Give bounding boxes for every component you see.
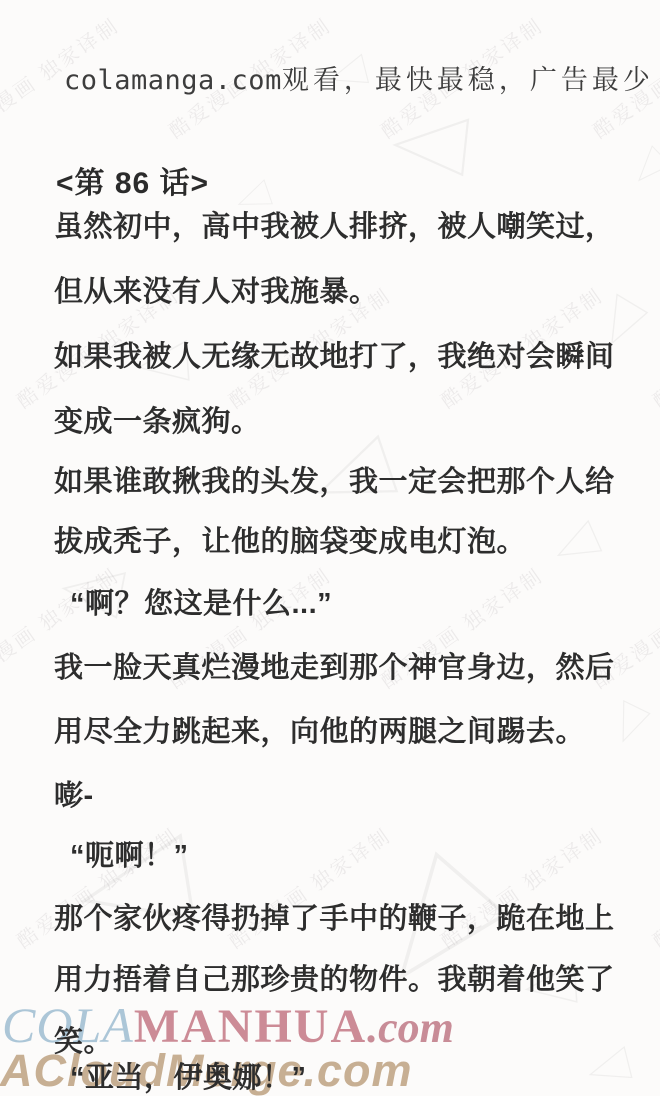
story-line: 拔成秃子，让他的脑袋变成电灯泡。 [54,526,526,559]
story-line: 如果我被人无缘无故地打了，我绝对会瞬间 [54,341,615,374]
promo-site-domain: colamanga.com [64,65,282,96]
story-line: 用力捂着自己那珍贵的物件。我朝着他笑了 [54,964,615,997]
story-line: 嘭- [54,780,94,813]
promo-site-slogan: 观看，最快最稳，广告最少 [282,65,654,95]
story-line: 我一脸天真烂漫地走到那个神官身边，然后 [54,652,615,685]
story-line: 那个家伙疼得扔掉了手中的鞭子，跪在地上 [54,903,615,936]
story-line: “亚当，伊奥娜！” [54,1062,307,1095]
manga-text-page: 酷爱漫画 独家译制酷爱漫画 独家译制酷爱漫画 独家译制酷爱漫画 独家译制酷爱漫画… [0,0,660,1096]
watermark-diagonal-text: 酷爱漫画 独家译制 [646,280,660,414]
story-line: 用尽全力跳起来，向他的两腿之间踢去。 [54,716,585,749]
watermark-triangle-shape [583,1033,647,1096]
story-line: “啊？您这是什么...” [54,588,332,621]
story-line: 如果谁敢揪我的头发，我一定会把那个人给 [54,466,615,499]
watermark-triangle-shape [64,793,239,968]
chapter-title: <第 86 话> [56,158,209,202]
story-line: 变成一条疯狗。 [54,406,261,439]
story-line: 但从来没有人对我施暴。 [54,276,379,309]
story-line: 笑。 [54,1026,113,1059]
watermark-triangle-shape [552,511,612,571]
watermark-triangle-shape [380,82,504,206]
watermark-triangle-shape [629,139,660,188]
watermark-diagonal-text: 酷爱漫画 独家译制 [646,820,660,954]
site-promo-text: colamanga.com观看，最快最稳，广告最少 [64,58,654,97]
story-line: “呃啊！” [54,840,189,873]
story-line: 虽然初中，高中我被人排挤，被人嘲笑过， [54,211,615,244]
watermark-triangle-shape [600,687,660,750]
